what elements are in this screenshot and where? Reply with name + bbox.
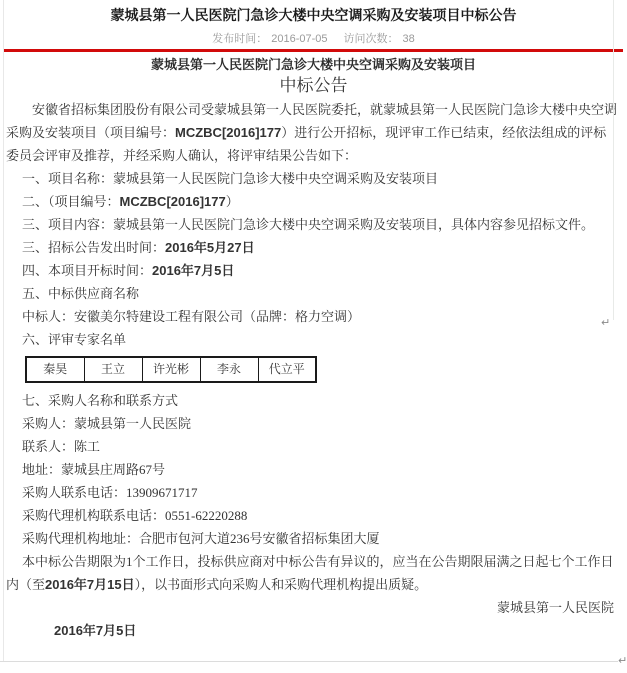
bid-opening-date: 2016年7月5日 bbox=[152, 263, 234, 278]
agency-phone-line: 采购代理机构联系电话：0551-62220288 bbox=[6, 504, 619, 527]
expert-cell: 许光彬 bbox=[142, 357, 200, 382]
project-subtitle: 蒙城县第一人民医院门急诊大楼中央空调采购及安装项目 bbox=[0, 57, 627, 73]
tender-notice-date: 2016年5月27日 bbox=[165, 240, 255, 255]
announcement-body: 安徽省招标集团股份有限公司受蒙城县第一人民医院委托，就蒙城县第一人民医院门急诊大… bbox=[0, 97, 627, 642]
clause-label: 四、本项目开标时间： bbox=[22, 263, 152, 278]
return-mark-icon: ↵ bbox=[618, 655, 627, 666]
clause-project-code: 二、（项目编号：MCZBC[2016]177） bbox=[6, 190, 619, 213]
purchaser-line: 采购人：蒙城县第一人民医院 bbox=[6, 412, 619, 435]
clause-project-name: 一、项目名称：蒙城县第一人民医院门急诊大楼中央空调采购及安装项目 bbox=[6, 167, 619, 190]
expert-cell: 王立 bbox=[84, 357, 142, 382]
publish-date-label: 发布时间： bbox=[212, 33, 267, 45]
expert-cell: 秦昊 bbox=[26, 357, 84, 382]
address-line: 地址：蒙城县庄周路67号 bbox=[6, 458, 619, 481]
contact-person-line: 联系人：陈工 bbox=[6, 435, 619, 458]
agency-address-line: 采购代理机构地址：合肥市包河大道236号安徽省招标集团大厦 bbox=[6, 527, 619, 550]
doc-type-title: 中标公告 bbox=[0, 75, 627, 97]
meta-line: 发布时间：2016-07-05访问次数：38 bbox=[0, 33, 627, 46]
signature-date: 2016年7月5日 bbox=[6, 619, 619, 642]
closing-paragraph: 本中标公告期限为1个工作日，投标供应商对中标公告有异议的，应当在公告期限届满之日… bbox=[6, 550, 619, 596]
expert-cell: 代立平 bbox=[258, 357, 316, 382]
purchaser-phone-line: 采购人联系电话：13909671717 bbox=[6, 481, 619, 504]
closing-text-post: ），以书面形式向采购人和采购代理机构提出质疑。 bbox=[135, 577, 428, 592]
clause-tender-notice-date: 三、招标公告发出时间：2016年5月27日 bbox=[6, 236, 619, 259]
clause-project-code-prefix: 二、（项目编号： bbox=[22, 194, 120, 209]
experts-table: 秦昊 王立 许光彬 李永 代立平 bbox=[25, 356, 317, 383]
announcement-page: ↵ 蒙城县第一人民医院门急诊大楼中央空调采购及安装项目中标公告 发布时间：201… bbox=[0, 0, 627, 673]
bottom-divider bbox=[0, 661, 618, 662]
clause-winning-supplier-heading: 五、中标供应商名称 bbox=[6, 282, 619, 305]
expert-cell: 李永 bbox=[200, 357, 258, 382]
clause-label: 三、招标公告发出时间： bbox=[22, 240, 165, 255]
publish-date-value: 2016-07-05 bbox=[271, 33, 327, 45]
red-divider bbox=[3, 49, 623, 52]
clause-project-code-suffix: ） bbox=[226, 194, 239, 209]
intro-paragraph: 安徽省招标集团股份有限公司受蒙城县第一人民医院委托，就蒙城县第一人民医院门急诊大… bbox=[6, 98, 619, 167]
page-left-border bbox=[3, 0, 4, 661]
table-row: 秦昊 王立 许光彬 李永 代立平 bbox=[26, 357, 316, 382]
objection-deadline-date: 2016年7月15日 bbox=[45, 577, 135, 592]
clause-bid-opening-date: 四、本项目开标时间：2016年7月5日 bbox=[6, 259, 619, 282]
winning-bidder-line: 中标人：安徽美尔特建设工程有限公司（品牌：格力空调） bbox=[6, 305, 619, 328]
page-title: 蒙城县第一人民医院门急诊大楼中央空调采购及安装项目中标公告 bbox=[0, 6, 627, 24]
clause-project-content: 三、项目内容：蒙城县第一人民医院门急诊大楼中央空调采购及安装项目，具体内容参见招… bbox=[6, 213, 619, 236]
clause-purchaser-contact-heading: 七、采购人名称和联系方式 bbox=[6, 389, 619, 412]
visits-label: 访问次数： bbox=[344, 33, 399, 45]
clause-experts-heading: 六、评审专家名单 bbox=[6, 328, 619, 351]
page-header: 蒙城县第一人民医院门急诊大楼中央空调采购及安装项目中标公告 发布时间：2016-… bbox=[0, 0, 627, 46]
project-code: MCZBC[2016]177 bbox=[120, 194, 226, 209]
page-right-border bbox=[613, 0, 614, 320]
signature: 蒙城县第一人民医院 bbox=[6, 596, 619, 619]
project-code: MCZBC[2016]177 bbox=[175, 125, 281, 140]
visits-count: 38 bbox=[403, 33, 415, 45]
return-mark-icon: ↵ bbox=[601, 317, 610, 328]
